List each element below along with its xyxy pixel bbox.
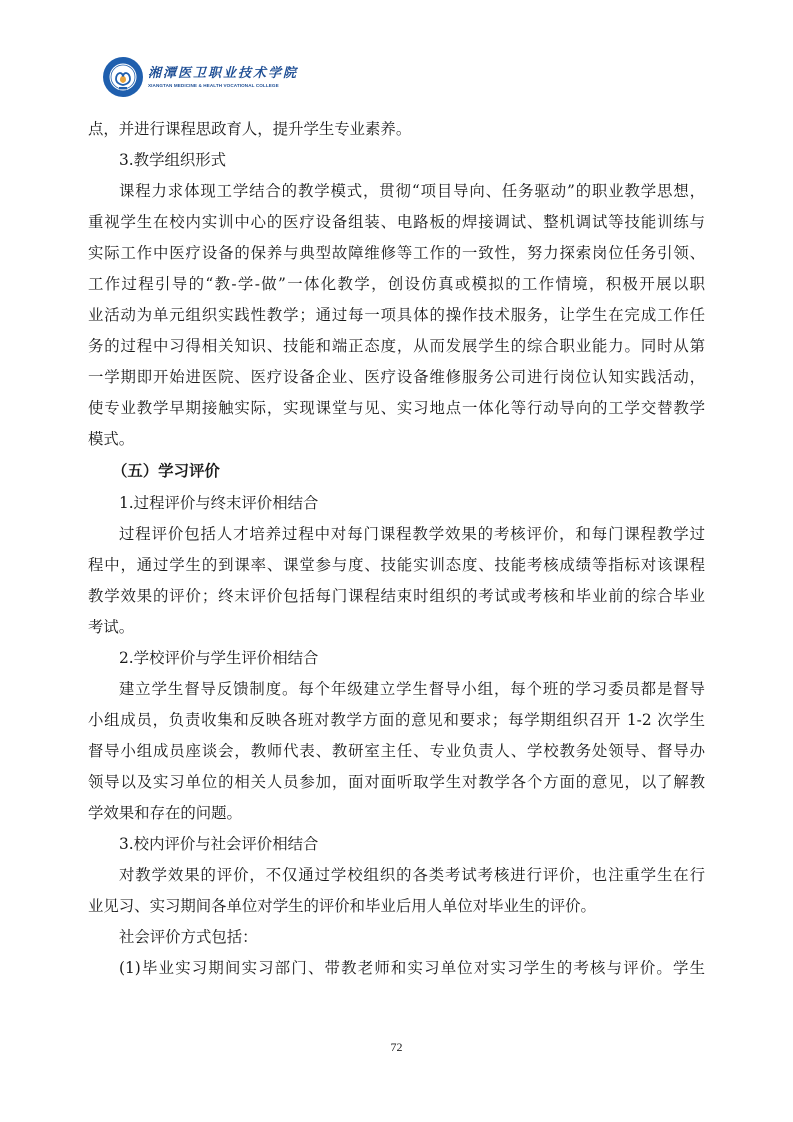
paragraph-line: 小组成员，负责收集和反映各班对教学方面的意见和要求；每学期组织召开 1-2 次学… bbox=[88, 709, 705, 731]
subsection-title: 3.教学组织形式 bbox=[119, 149, 705, 171]
paragraph-line: 使专业教学早期接触实际，实现课堂与见、实习地点一体化等行动导向的工学交替教学 bbox=[88, 397, 705, 419]
paragraph-line: 课程力求体现工学结合的教学模式，贯彻“项目导向、任务驱动”的职业教学思想， bbox=[119, 180, 705, 202]
paragraph-line: 模式。 bbox=[88, 428, 705, 450]
paragraph-line: 考试。 bbox=[88, 616, 705, 638]
paragraph-line: 实际工作中医疗设备的保养与典型故障维修等工作的一致性，努力探索岗位任务引领、 bbox=[88, 242, 705, 264]
paragraph-line: 对教学效果的评价，不仅通过学校组织的各类考试考核进行评价，也注重学生在行 bbox=[119, 864, 705, 886]
college-emblem-icon bbox=[103, 57, 143, 97]
paragraph-line: 教学效果的评价；终末评价包括每门课程结束时组织的考试或考核和毕业前的综合毕业 bbox=[88, 585, 705, 607]
paragraph-line: 点，并进行课程思政育人，提升学生专业素养。 bbox=[88, 118, 705, 140]
paragraph-line: 领导以及实习单位的相关人员参加，面对面听取学生对教学各个方面的意见，以了解教 bbox=[88, 771, 705, 793]
document-header: 湘潭医卫职业技术学院 XIANGTAN MEDICINE & HEALTH VO… bbox=[103, 55, 298, 99]
subsection-title: 3.校内评价与社会评价相结合 bbox=[119, 833, 705, 855]
list-item: (1)毕业实习期间实习部门、带教老师和实习单位对实习学生的考核与评价。学生 bbox=[119, 957, 705, 979]
paragraph-line: 学效果和存在的问题。 bbox=[88, 802, 705, 824]
paragraph-line: 务的过程中习得相关知识、技能和端正态度，从而发展学生的综合职业能力。同时从第 bbox=[88, 335, 705, 357]
paragraph-line: 过程评价包括人才培养过程中对每门课程教学效果的考核评价，和每门课程教学过 bbox=[119, 523, 705, 545]
section-heading: （五）学习评价 bbox=[112, 460, 729, 482]
paragraph-line: 一学期即开始进医院、医疗设备企业、医疗设备维修服务公司进行岗位认知实践活动， bbox=[88, 366, 705, 388]
paragraph-line: 社会评价方式包括： bbox=[119, 926, 705, 948]
college-name-chinese: 湘潭医卫职业技术学院 bbox=[148, 66, 298, 82]
paragraph-line: 重视学生在校内实训中心的医疗设备组装、电路板的焊接调试、整机调试等技能训练与 bbox=[88, 211, 705, 233]
paragraph-line: 业活动为单元组织实践性教学；通过每一项具体的操作技术服务，让学生在完成工作任 bbox=[88, 304, 705, 326]
paragraph-line: 业见习、实习期间各单位对学生的评价和毕业后用人单位对毕业生的评价。 bbox=[88, 895, 705, 917]
paragraph-line: 工作过程引导的“教-学-做”一体化教学，创设仿真或模拟的工作情境，积极开展以职 bbox=[88, 273, 705, 295]
college-name-english: XIANGTAN MEDICINE & HEALTH VOCATIONAL CO… bbox=[148, 82, 298, 89]
paragraph-line: 督导小组成员座谈会，教师代表、教研室主任、专业负责人、学校教务处领导、督导办 bbox=[88, 740, 705, 762]
paragraph-line: 建立学生督导反馈制度。每个年级建立学生督导小组，每个班的学习委员都是督导 bbox=[119, 678, 705, 700]
college-logo-text: 湘潭医卫职业技术学院 XIANGTAN MEDICINE & HEALTH VO… bbox=[148, 66, 298, 89]
page-number: 72 bbox=[0, 1040, 793, 1055]
paragraph-line: 程中，通过学生的到课率、课堂参与度、技能实训态度、技能考核成绩等指标对该课程 bbox=[88, 554, 705, 576]
subsection-title: 1.过程评价与终末评价相结合 bbox=[119, 492, 705, 514]
subsection-title: 2.学校评价与学生评价相结合 bbox=[119, 647, 705, 669]
